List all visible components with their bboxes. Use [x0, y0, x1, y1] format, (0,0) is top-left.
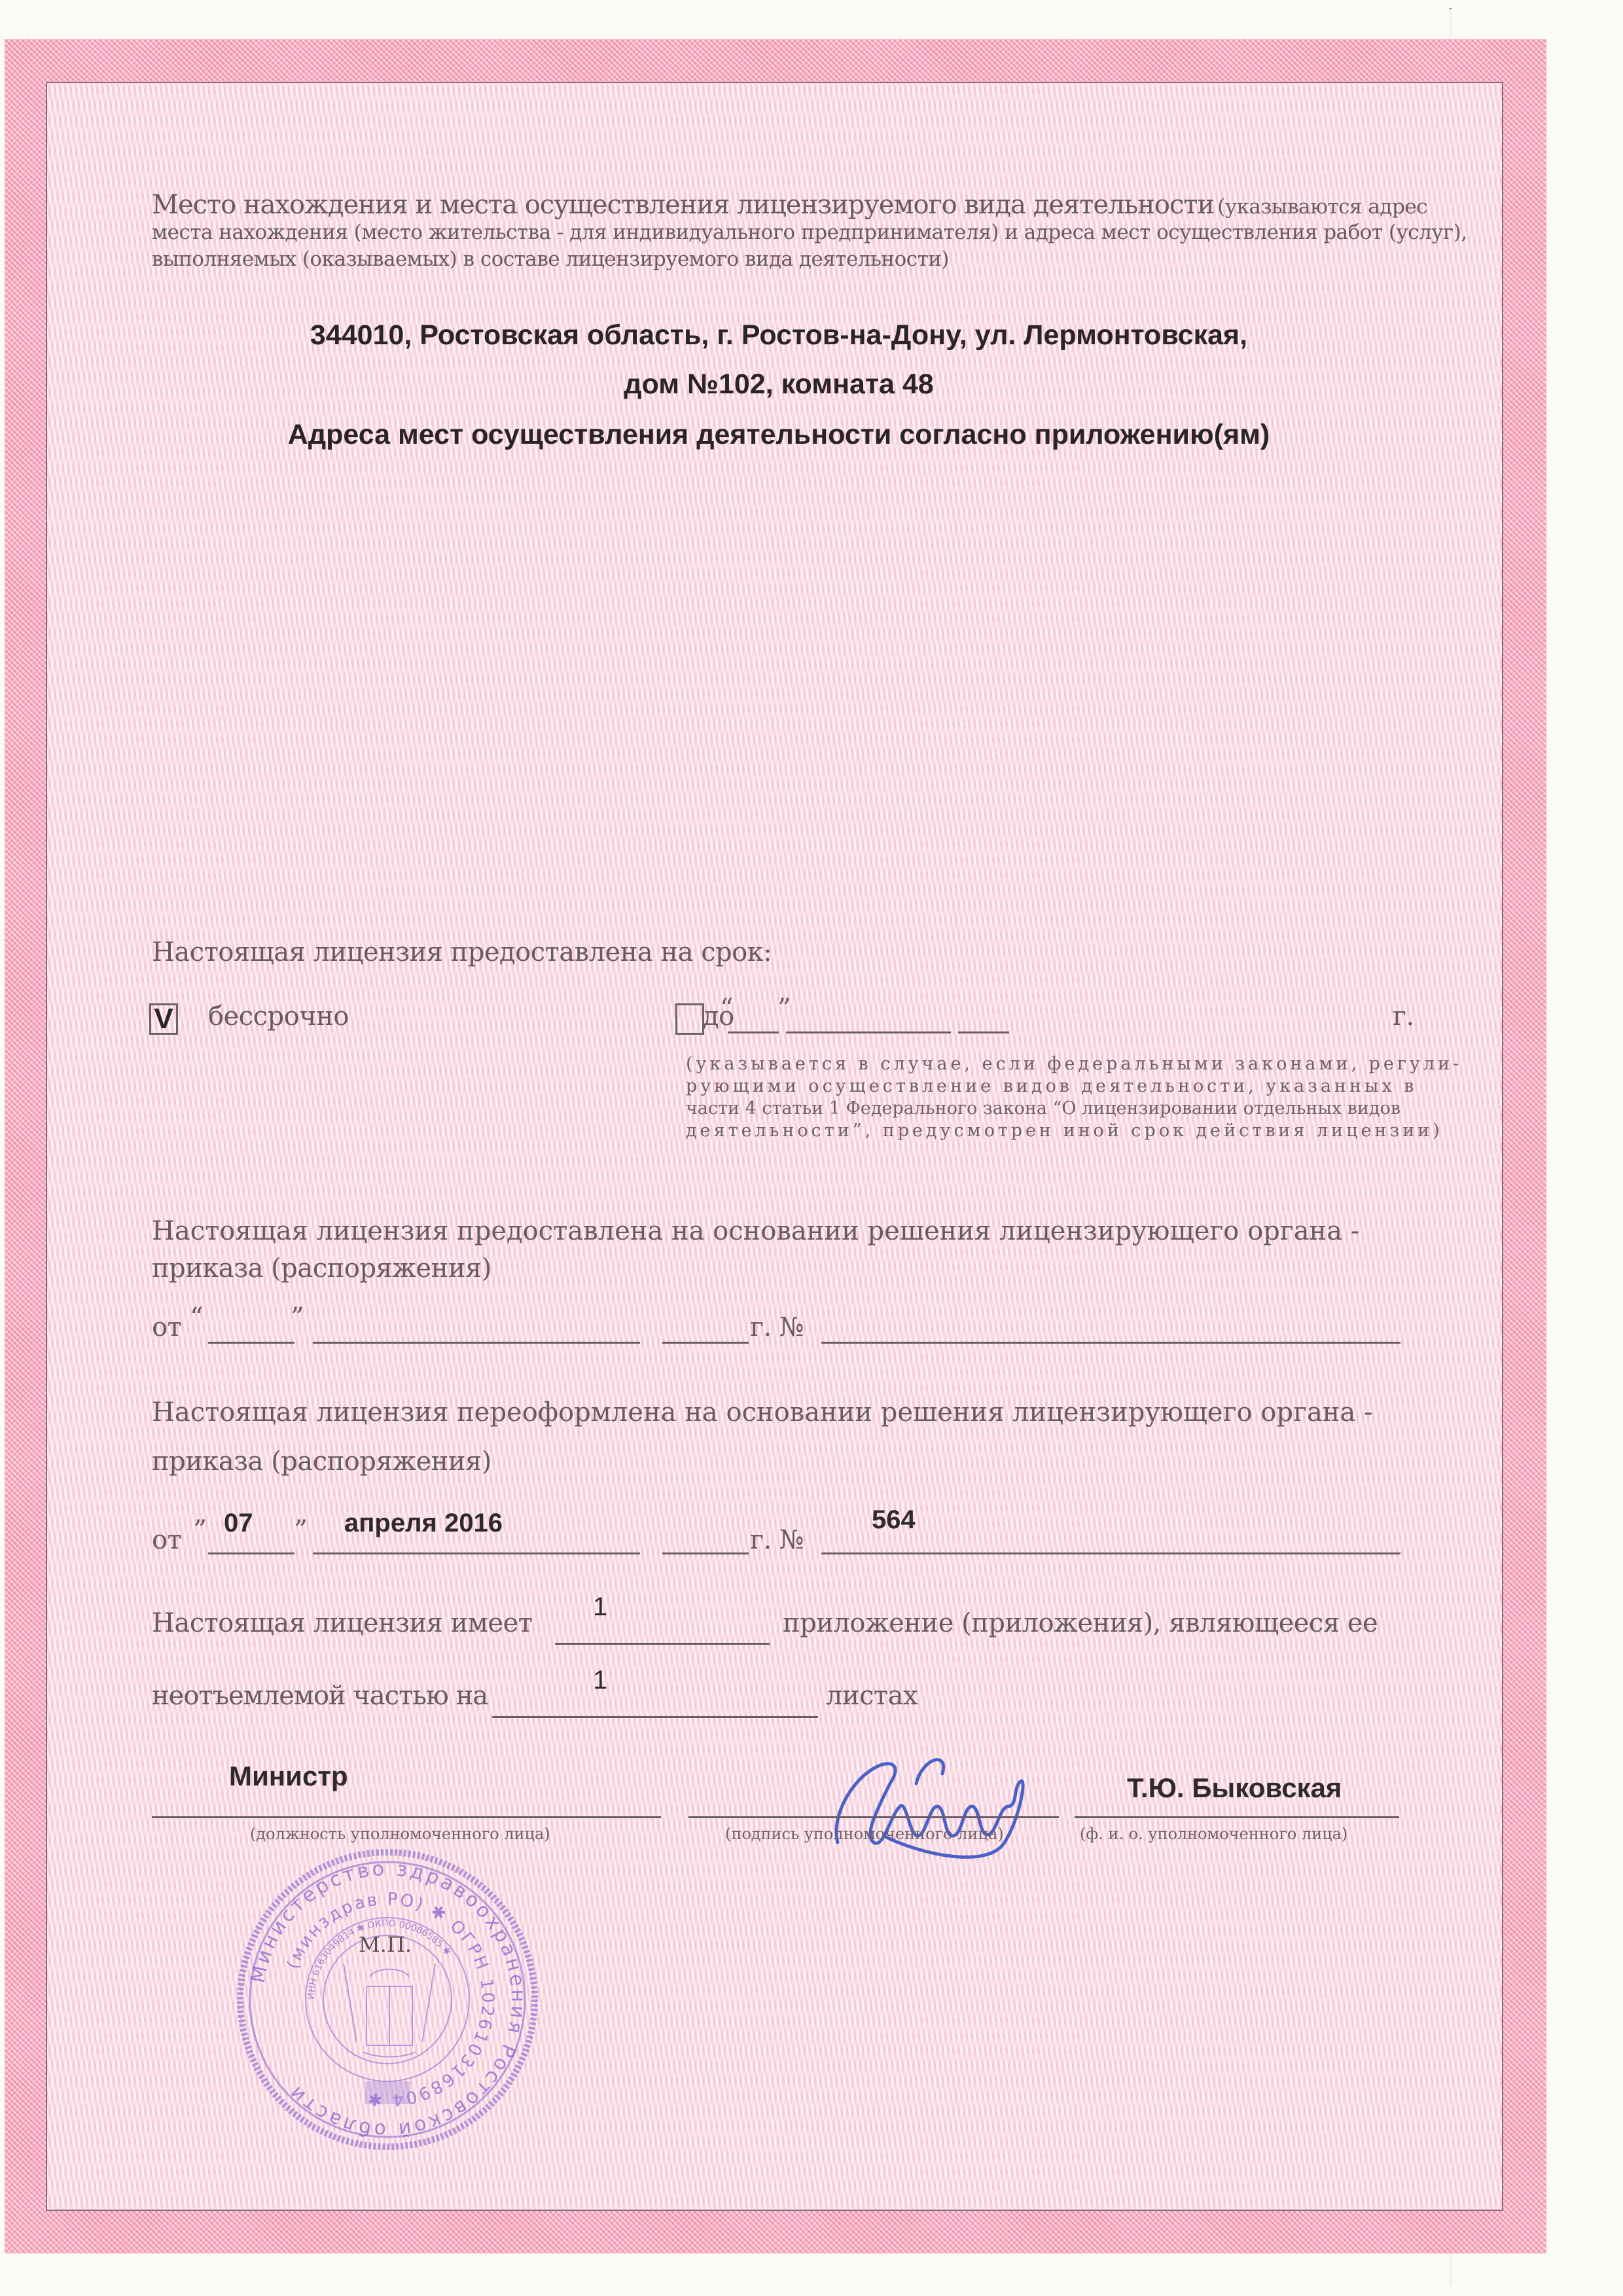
term-indefinite-checkbox[interactable]: V [149, 1003, 178, 1035]
appendix-count-value: 1 [593, 1592, 607, 1622]
reissued-close-quote: „ [294, 1499, 308, 1529]
reissued-day-value: 07 [224, 1509, 253, 1538]
check-mark-icon: V [154, 1005, 173, 1033]
signature-image [792, 1744, 1067, 1875]
location-heading-main: Место нахождения и места осуществления л… [152, 190, 1214, 220]
term-note-line-1: (указывается в случае, если федеральными… [686, 1054, 1462, 1074]
term-until-day-field[interactable] [728, 1031, 779, 1033]
address-line-1: 344010, Ростовская область, г. Ростов-на… [124, 319, 1433, 351]
sheet-count-value: 1 [593, 1666, 607, 1695]
name-field [1075, 1816, 1399, 1818]
official-stamp: Министерство здравоохранения Ростовской … [219, 1846, 556, 2153]
reissued-number-value: 564 [872, 1505, 916, 1535]
granted-year-number-label: г. № [750, 1312, 804, 1342]
signature-caption: (подпись уполномоченного лица) [725, 1825, 1004, 1843]
granted-basis-line-2: приказа (распоряжения) [152, 1253, 491, 1283]
location-heading-note-line-3: выполняемых (оказываемых) в составе лице… [152, 247, 949, 271]
sheet-count-field[interactable] [492, 1716, 818, 1718]
reissued-day-field[interactable] [208, 1552, 294, 1554]
signature-field [688, 1816, 1059, 1818]
granted-close-quote: ” [291, 1302, 304, 1333]
location-heading-note: (указываются адрес [1217, 195, 1427, 219]
location-heading: Место нахождения и места осуществления л… [152, 190, 1427, 220]
granted-day-field[interactable] [208, 1342, 294, 1344]
term-until-close-quote: ” [777, 994, 791, 1024]
reissued-year-number-label: г. № [750, 1525, 804, 1555]
term-until-checkbox[interactable] [675, 1003, 704, 1035]
location-heading-note-line-2: места нахождения (место жительства - для… [152, 221, 1467, 244]
reissued-basis-line-2: приказа (распоряжения) [152, 1446, 491, 1477]
appendix-count-field[interactable] [555, 1643, 770, 1645]
reissued-open-quote: „ [194, 1499, 207, 1529]
granted-month-field[interactable] [313, 1342, 640, 1344]
position-field [152, 1816, 661, 1818]
term-label: Настоящая лицензия предоставлена на срок… [152, 937, 772, 967]
reissued-from-label: от [152, 1525, 181, 1555]
reissued-basis-line-1: Настоящая лицензия переоформлена на осно… [152, 1397, 1373, 1427]
term-until-year-field[interactable] [958, 1031, 1009, 1033]
granted-basis-line-1: Настоящая лицензия предоставлена на осно… [152, 1216, 1359, 1246]
term-until-open-quote: “ [720, 994, 733, 1024]
appendix-text-after: приложение (приложения), являющееся ее [783, 1608, 1378, 1638]
term-until-year-suffix: г. [1393, 1001, 1414, 1031]
term-note-line-3: части 4 статьи 1 Федерального закона “О … [686, 1098, 1400, 1119]
granted-number-field[interactable] [821, 1342, 1400, 1344]
name-caption: (ф. и. о. уполномоченного лица) [1080, 1825, 1347, 1843]
term-until-month-field[interactable] [786, 1031, 951, 1033]
term-note-line-4: деятельности”, предусмотрен иной срок де… [686, 1121, 1443, 1141]
position-caption: (должность уполномоченного лица) [250, 1825, 550, 1843]
appendix-text-before: Настоящая лицензия имеет [152, 1608, 532, 1638]
appendix-line-2-after: листах [826, 1681, 918, 1711]
reissued-month-field[interactable] [313, 1552, 640, 1554]
address-line-2: дом №102, комната 48 [124, 368, 1433, 401]
term-note-line-2: рующими осуществление видов деятельности… [686, 1076, 1418, 1096]
name-value: Т.Ю. Быковская [1127, 1772, 1342, 1804]
term-indefinite-label: бессрочно [208, 1001, 349, 1031]
stamp-place-label: М.П. [359, 1932, 412, 1957]
reissued-month-year-value: апреля 2016 [344, 1509, 503, 1538]
granted-year-field[interactable] [662, 1342, 749, 1344]
address-line-3: Адреса мест осуществления деятельности с… [124, 419, 1433, 451]
position-value: Министр [229, 1761, 348, 1792]
reissued-number-field[interactable] [821, 1552, 1400, 1554]
appendix-line-2-before: неотъемлемой частью на [152, 1681, 488, 1711]
granted-open-quote: “ [190, 1302, 203, 1333]
granted-from-label: от [152, 1312, 181, 1342]
reissued-year-field[interactable] [662, 1552, 749, 1554]
